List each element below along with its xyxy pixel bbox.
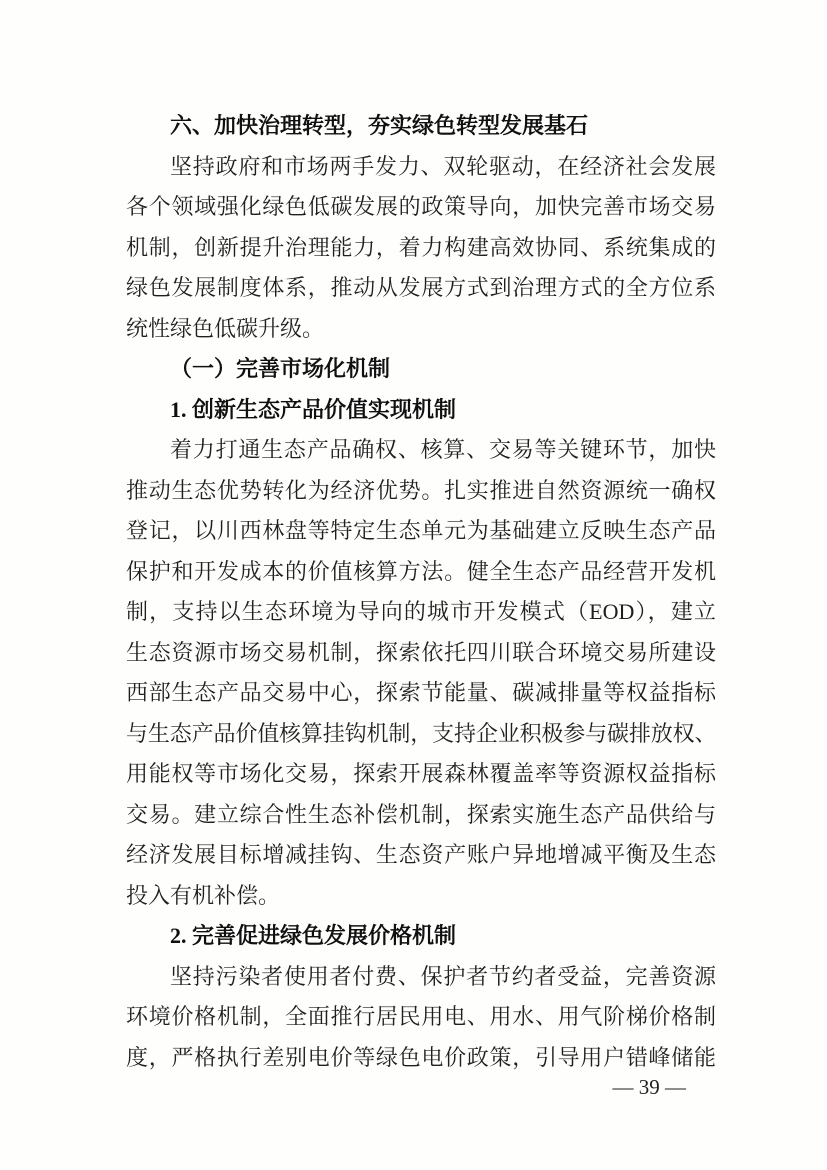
paragraph-line: 统性绿色低碳升级。: [126, 309, 716, 350]
subsection-heading: （一）完善市场化机制: [126, 349, 716, 390]
paragraph-line: 保护和开发成本的价值核算方法。健全生态产品经营开发机: [126, 552, 716, 593]
paragraph-line: 经济发展目标增减挂钩、生态资产账户异地增减平衡及生态: [126, 835, 716, 876]
paragraph-line: 机制，创新提升治理能力，着力构建高效协同、系统集成的: [126, 228, 716, 269]
paragraph-line: 制，支持以生态环境为导向的城市开发模式（EOD），建立: [126, 592, 716, 633]
paragraph-line: 与生态产品价值核算挂钩机制，支持企业积极参与碳排放权、: [126, 714, 716, 755]
paragraph-line: 环境价格机制，全面推行居民用电、用水、用气阶梯价格制: [126, 997, 716, 1038]
item-2-heading: 2. 完善促进绿色发展价格机制: [126, 916, 716, 957]
document-body: 六、加快治理转型，夯实绿色转型发展基石 坚持政府和市场两手发力、双轮驱动，在经济…: [126, 106, 716, 1078]
paragraph-line: 用能权等市场化交易，探索开展森林覆盖率等资源权益指标: [126, 754, 716, 795]
paragraph-line: 登记，以川西林盘等特定生态单元为基础建立反映生态产品: [126, 511, 716, 552]
paragraph-line: 着力打通生态产品确权、核算、交易等关键环节，加快: [126, 430, 716, 471]
paragraph-line: 各个领域强化绿色低碳发展的政策导向，加快完善市场交易: [126, 187, 716, 228]
paragraph-line: 坚持污染者使用者付费、保护者节约者受益，完善资源: [126, 957, 716, 998]
paragraph-line: 生态资源市场交易机制，探索依托四川联合环境交易所建设: [126, 633, 716, 674]
section-heading: 六、加快治理转型，夯实绿色转型发展基石: [126, 106, 716, 147]
paragraph-line: 西部生态产品交易中心，探索节能量、碳减排量等权益指标: [126, 673, 716, 714]
document-page: 六、加快治理转型，夯实绿色转型发展基石 坚持政府和市场两手发力、双轮驱动，在经济…: [0, 0, 827, 1170]
paragraph-line: 绿色发展制度体系，推动从发展方式到治理方式的全方位系: [126, 268, 716, 309]
page-number: — 39 —: [613, 1072, 687, 1102]
paragraph-line: 推动生态优势转化为经济优势。扎实推进自然资源统一确权: [126, 471, 716, 512]
item-1-heading: 1. 创新生态产品价值实现机制: [126, 390, 716, 431]
paragraph-line: 交易。建立综合性生态补偿机制，探索实施生态产品供给与: [126, 795, 716, 836]
paragraph-line: 坚持政府和市场两手发力、双轮驱动，在经济社会发展: [126, 147, 716, 188]
paragraph-line: 投入有机补偿。: [126, 876, 716, 917]
